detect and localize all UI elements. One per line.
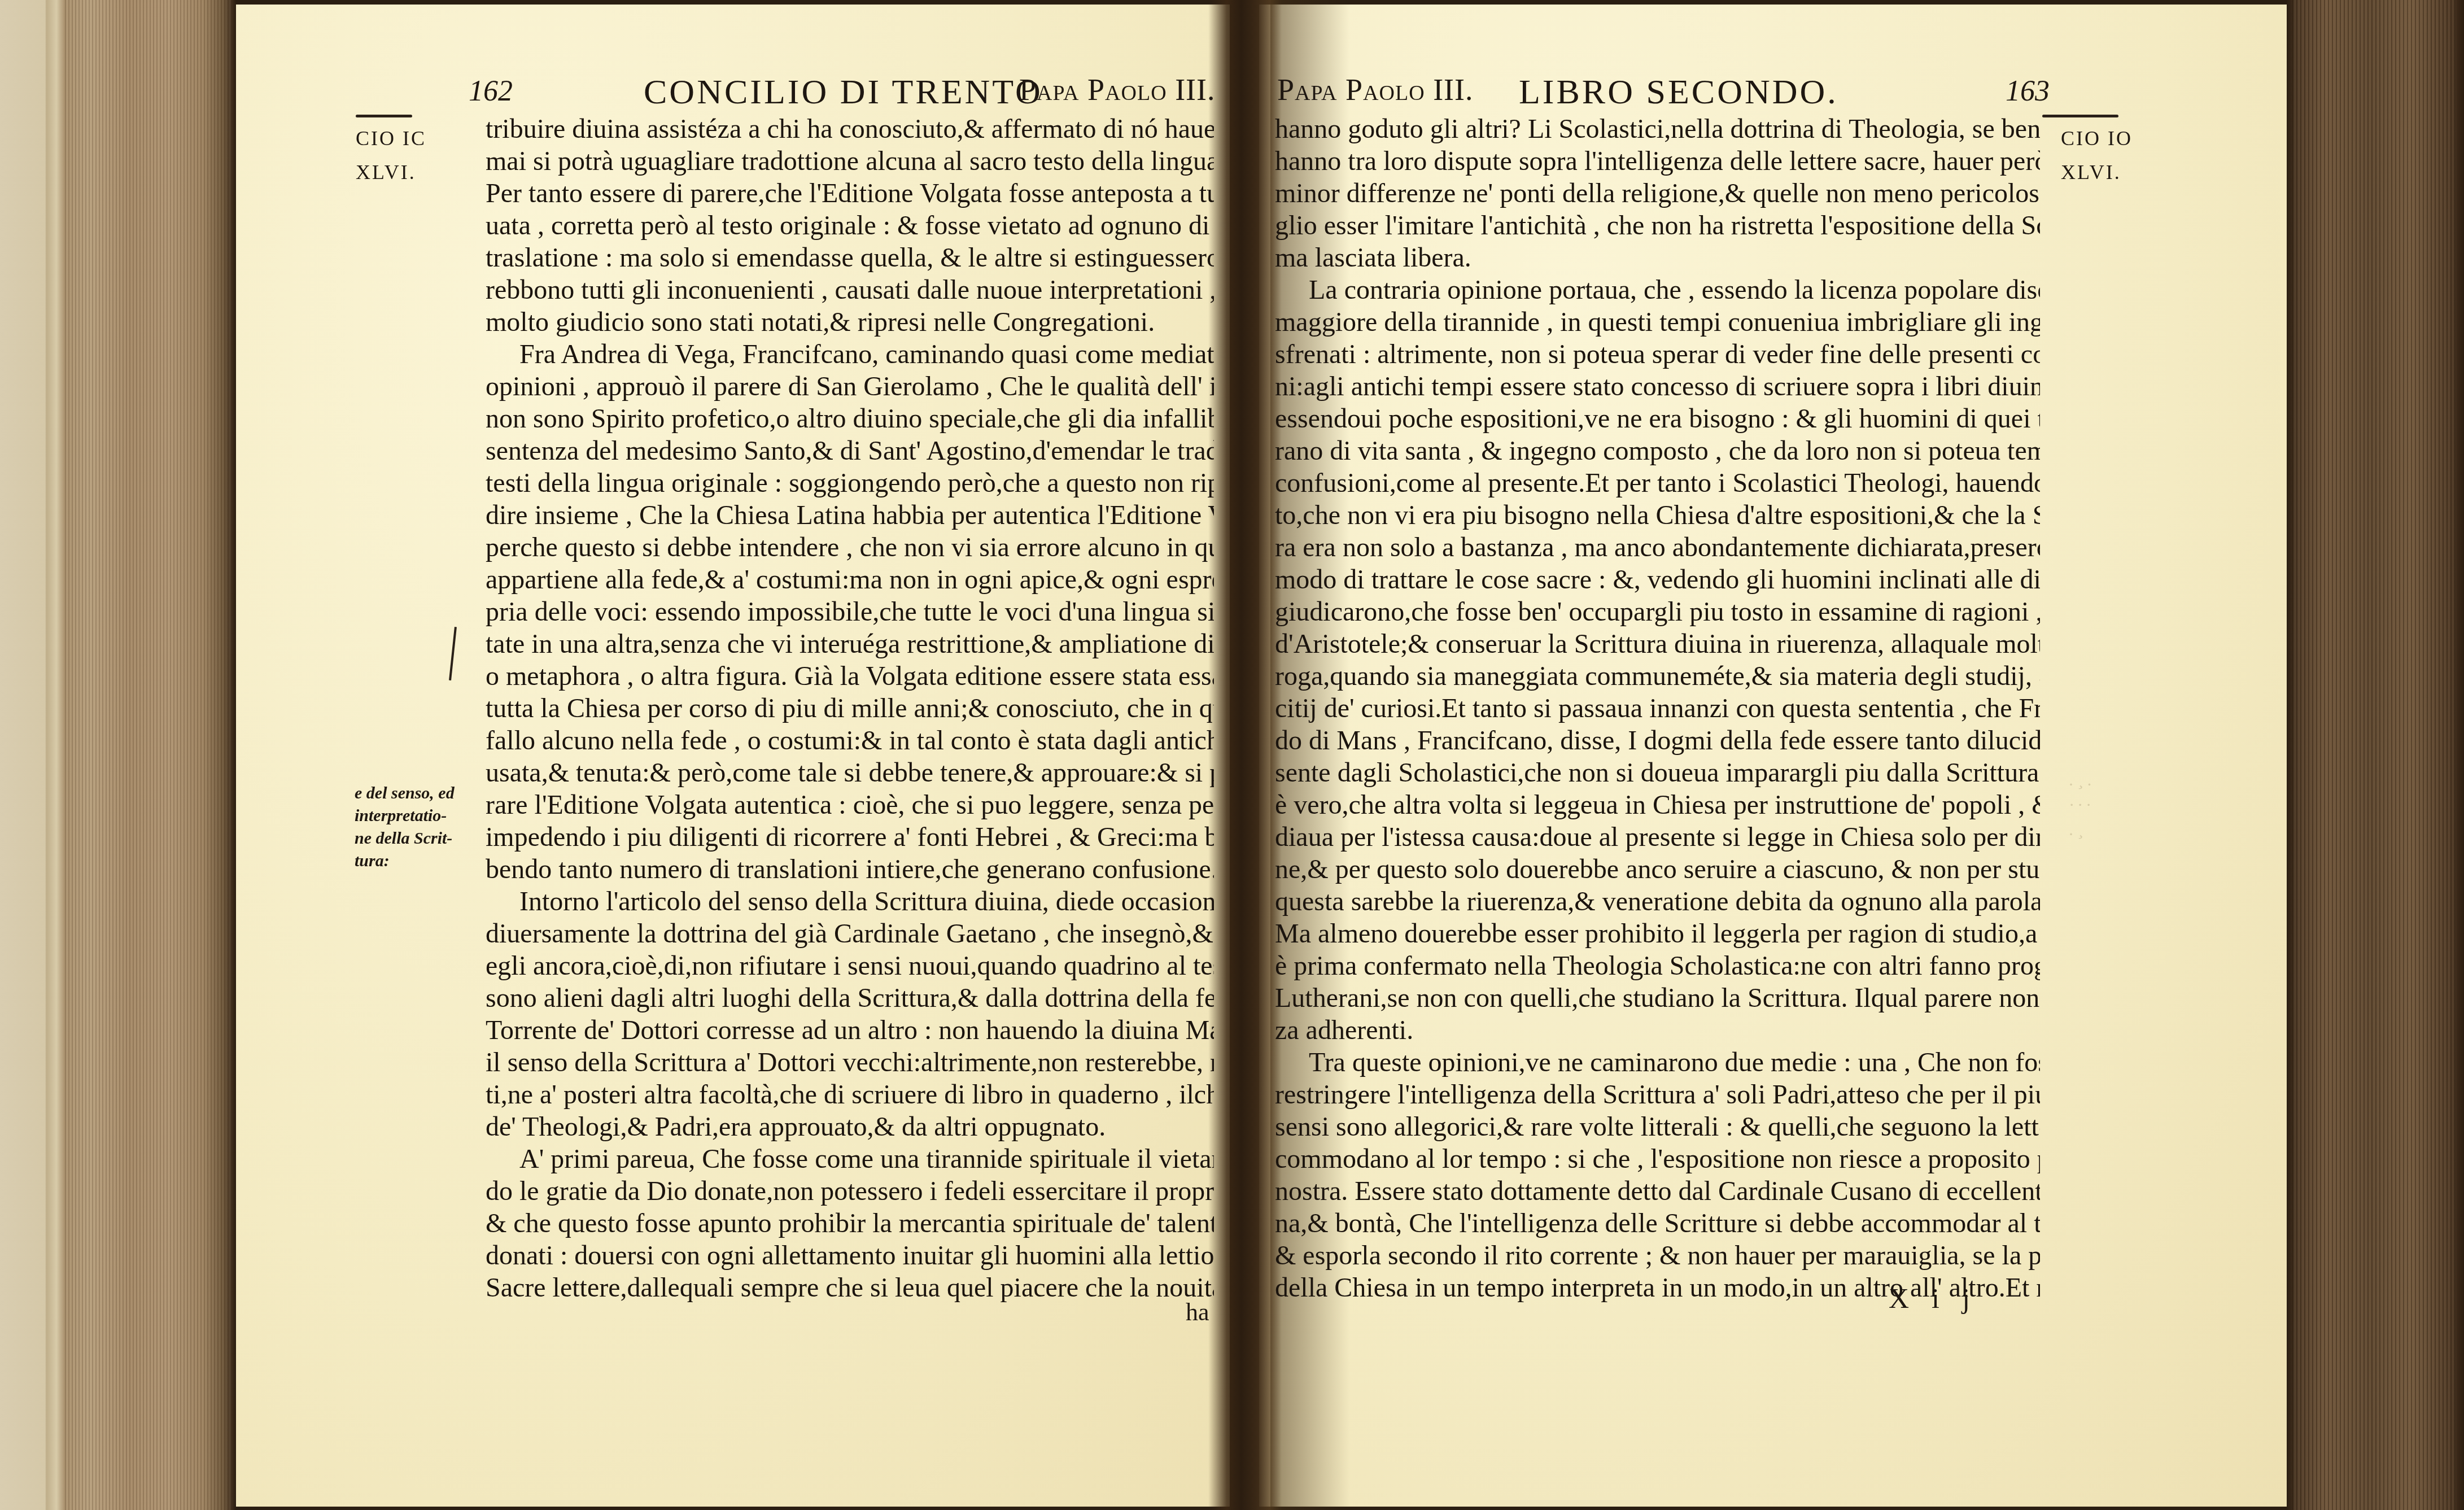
text-line: glio esser l'imitare l'antichità , che n… xyxy=(1275,210,2040,242)
bleed-through-text: . ¸ .· · ·. ¸ xyxy=(2069,768,2092,843)
left-catchword: ha xyxy=(1186,1298,1209,1326)
left-page-body-text: tribuire diuina assistéza a chi ha conos… xyxy=(486,113,1214,1304)
left-margin-year-line-2: XLVI. xyxy=(356,159,426,185)
text-line: opinioni , approuò il parere di San Gier… xyxy=(486,370,1214,403)
text-line: questa sarebbe la riuerenza,& veneration… xyxy=(1275,885,2040,918)
right-margin-year: CIO IO XLVI. xyxy=(2061,125,2133,185)
text-line: & esporla secondo il rito corrente ; & n… xyxy=(1275,1240,2040,1272)
text-line: egli ancora,cioè,di,non rifiutare i sens… xyxy=(486,950,1214,982)
left-running-head-title: CONCILIO DI TRENTO xyxy=(644,72,1043,112)
text-line: tribuire diuina assistéza a chi ha conos… xyxy=(486,113,1214,145)
text-line: A' primi pareua, Che fosse come una tira… xyxy=(486,1143,1214,1175)
text-line: Lutherani,se non con quelli,che studiano… xyxy=(1275,982,2040,1014)
text-line: citij de' curiosi.Et tanto si passaua in… xyxy=(1275,692,2040,725)
text-line: perche questo si debbe intendere , che n… xyxy=(486,531,1214,564)
right-page-block-edges xyxy=(2287,0,2464,1510)
text-line: diaua per l'istessa causa:doue al presen… xyxy=(1275,821,2040,853)
text-line: Per tanto essere di parere,che l'Edition… xyxy=(486,177,1214,210)
text-line: ni:agli antichi tempi essere stato conce… xyxy=(1275,370,2040,403)
text-line: minor differenze ne' ponti della religio… xyxy=(1275,177,2040,210)
text-line: & che questo fosse apunto prohibir la me… xyxy=(486,1207,1214,1240)
left-page-number: 162 xyxy=(469,75,513,108)
text-line: na,& bontà, Che l'intelligenza delle Scr… xyxy=(1275,1207,2040,1240)
text-line: rebbono tutti gli inconuenienti , causat… xyxy=(486,274,1214,306)
right-page-number: 163 xyxy=(2006,75,2050,108)
text-line: roga,quando sia maneggiata communeméte,&… xyxy=(1275,660,2040,692)
text-line: za adherenti. xyxy=(1275,1014,2040,1046)
signature-mark: Xij xyxy=(1889,1282,1993,1315)
text-line: sentenza del medesimo Santo,& di Sant' A… xyxy=(486,435,1214,467)
text-line: de' Theologi,& Padri,era approuato,& da … xyxy=(486,1111,1214,1143)
text-line: Intorno l'articolo del senso della Scrit… xyxy=(486,885,1214,918)
text-line: ti,ne a' posteri altra facoltà,che di sc… xyxy=(486,1079,1214,1111)
text-line: tutta la Chiesa per corso di piu di mill… xyxy=(486,692,1214,725)
text-line: pria delle voci: essendo impossibile,che… xyxy=(486,596,1214,628)
left-margin-year-line-1: CIO IC xyxy=(356,125,426,151)
text-line: usata,& tenuta:& però,come tale si debbe… xyxy=(486,757,1214,789)
text-line: Tra queste opinioni,ve ne caminarono due… xyxy=(1275,1046,2040,1079)
text-line: ma lasciata libera. xyxy=(1275,242,2040,274)
text-line: uata , corretta però al testo originale … xyxy=(486,210,1214,242)
signature-number: ij xyxy=(1932,1282,1993,1314)
text-line: Sacre lettere,dallequali sempre che si l… xyxy=(486,1272,1214,1304)
text-line: fallo alcuno nella fede , o costumi:& in… xyxy=(486,725,1214,757)
signature-letter: X xyxy=(1889,1282,1932,1314)
left-page-block-edges xyxy=(0,0,236,1510)
text-line: sente dagli Scholastici,che non si doueu… xyxy=(1275,757,2040,789)
right-page-body-text: hanno goduto gli altri? Li Scolastici,ne… xyxy=(1275,113,2040,1304)
margin-rule-left xyxy=(356,115,412,117)
text-line: essendoui poche espositioni,ve ne era bi… xyxy=(1275,403,2040,435)
left-running-head-pope: Papa Paolo III. xyxy=(1019,72,1216,107)
text-line: o metaphora , o altra figura. Già la Vol… xyxy=(486,660,1214,692)
text-line: modo di trattare le cose sacre : &, vede… xyxy=(1275,564,2040,596)
text-line: do le gratie da Dio donate,non potessero… xyxy=(486,1175,1214,1207)
text-line: d'Aristotele;& conseruar la Scrittura di… xyxy=(1275,628,2040,660)
text-line: La contraria opinione portaua, che , ess… xyxy=(1275,274,2040,306)
text-line: tate in una altra,senza che vi interuéga… xyxy=(486,628,1214,660)
text-line: rano di vita santa , & ingegno composto … xyxy=(1275,435,2040,467)
text-line: Ma almeno douerebbe esser prohibito il l… xyxy=(1275,918,2040,950)
text-line: mai si potrà uguagliare tradottione alcu… xyxy=(486,145,1214,177)
text-line: è vero,che altra volta si leggeua in Chi… xyxy=(1275,789,2040,821)
right-running-head-title: LIBRO SECONDO. xyxy=(1519,72,1838,112)
text-line: confusioni,come al presente.Et per tanto… xyxy=(1275,467,2040,499)
text-line: Fra Andrea di Vega, Francifcano, caminan… xyxy=(486,338,1214,370)
left-margin-note: e del senso, ed interpretatio- ne della … xyxy=(355,782,455,872)
text-line: to,che non vi era piu bisogno nella Chie… xyxy=(1275,499,2040,531)
text-line: non sono Spirito profetico,o altro diuin… xyxy=(486,403,1214,435)
right-margin-year-line-2: XLVI. xyxy=(2061,159,2133,185)
text-line: il senso della Scrittura a' Dottori vecc… xyxy=(486,1046,1214,1079)
margin-rule-right xyxy=(2042,115,2118,117)
text-line: è prima confermato nella Theologia Schol… xyxy=(1275,950,2040,982)
text-line: ra era non solo a bastanza , ma anco abo… xyxy=(1275,531,2040,564)
text-line: sono alieni dagli altri luoghi della Scr… xyxy=(486,982,1214,1014)
text-line: appartiene alla fede,& a' costumi:ma non… xyxy=(486,564,1214,596)
text-line: dire insieme , Che la Chiesa Latina habb… xyxy=(486,499,1214,531)
text-line: nostra. Essere stato dottamente detto da… xyxy=(1275,1175,2040,1207)
text-line: molto giudicio sono stati notati,& ripre… xyxy=(486,306,1214,338)
right-running-head-pope: Papa Paolo III. xyxy=(1277,72,1474,107)
text-line: Torrente de' Dottori corresse ad un altr… xyxy=(486,1014,1214,1046)
text-line: sensi sono allegorici,& rare volte litte… xyxy=(1275,1111,2040,1143)
text-line: testi della lingua originale : soggionge… xyxy=(486,467,1214,499)
text-line: bendo tanto numero di translationi intie… xyxy=(486,853,1214,885)
text-line: hanno goduto gli altri? Li Scolastici,ne… xyxy=(1275,113,2040,145)
right-margin-year-line-1: CIO IO xyxy=(2061,125,2133,151)
text-line: impedendo i piu diligenti di ricorrere a… xyxy=(486,821,1214,853)
margin-note-line: ne della Scrit- xyxy=(355,827,455,850)
margin-note-line: e del senso, ed xyxy=(355,782,455,805)
margin-note-line: interpretatio- xyxy=(355,805,455,827)
text-line: ne,& per questo solo douerebbe anco seru… xyxy=(1275,853,2040,885)
text-line: hanno tra loro dispute sopra l'intellige… xyxy=(1275,145,2040,177)
text-line: donati : douersi con ogni allettamento i… xyxy=(486,1240,1214,1272)
left-margin-year: CIO IC XLVI. xyxy=(356,125,426,185)
text-line: restringere l'intelligenza della Scrittu… xyxy=(1275,1079,2040,1111)
text-line: sfrenati : altrimente, non si poteua spe… xyxy=(1275,338,2040,370)
text-line: do di Mans , Francifcano, disse, I dogmi… xyxy=(1275,725,2040,757)
text-line: commodano al lor tempo : si che , l'espo… xyxy=(1275,1143,2040,1175)
text-line: maggiore della tirannide , in questi tem… xyxy=(1275,306,2040,338)
text-line: sempre le abhorriranno , & una tal stret… xyxy=(486,1304,1214,1304)
text-line: traslatione : ma solo si emendasse quell… xyxy=(486,242,1214,274)
text-line: diuersamente la dottrina del già Cardina… xyxy=(486,918,1214,950)
text-line: giudicarono,che fosse ben' occupargli pi… xyxy=(1275,596,2040,628)
text-line: rare l'Editione Volgata autentica : cioè… xyxy=(486,789,1214,821)
margin-note-line: tura: xyxy=(355,850,455,872)
